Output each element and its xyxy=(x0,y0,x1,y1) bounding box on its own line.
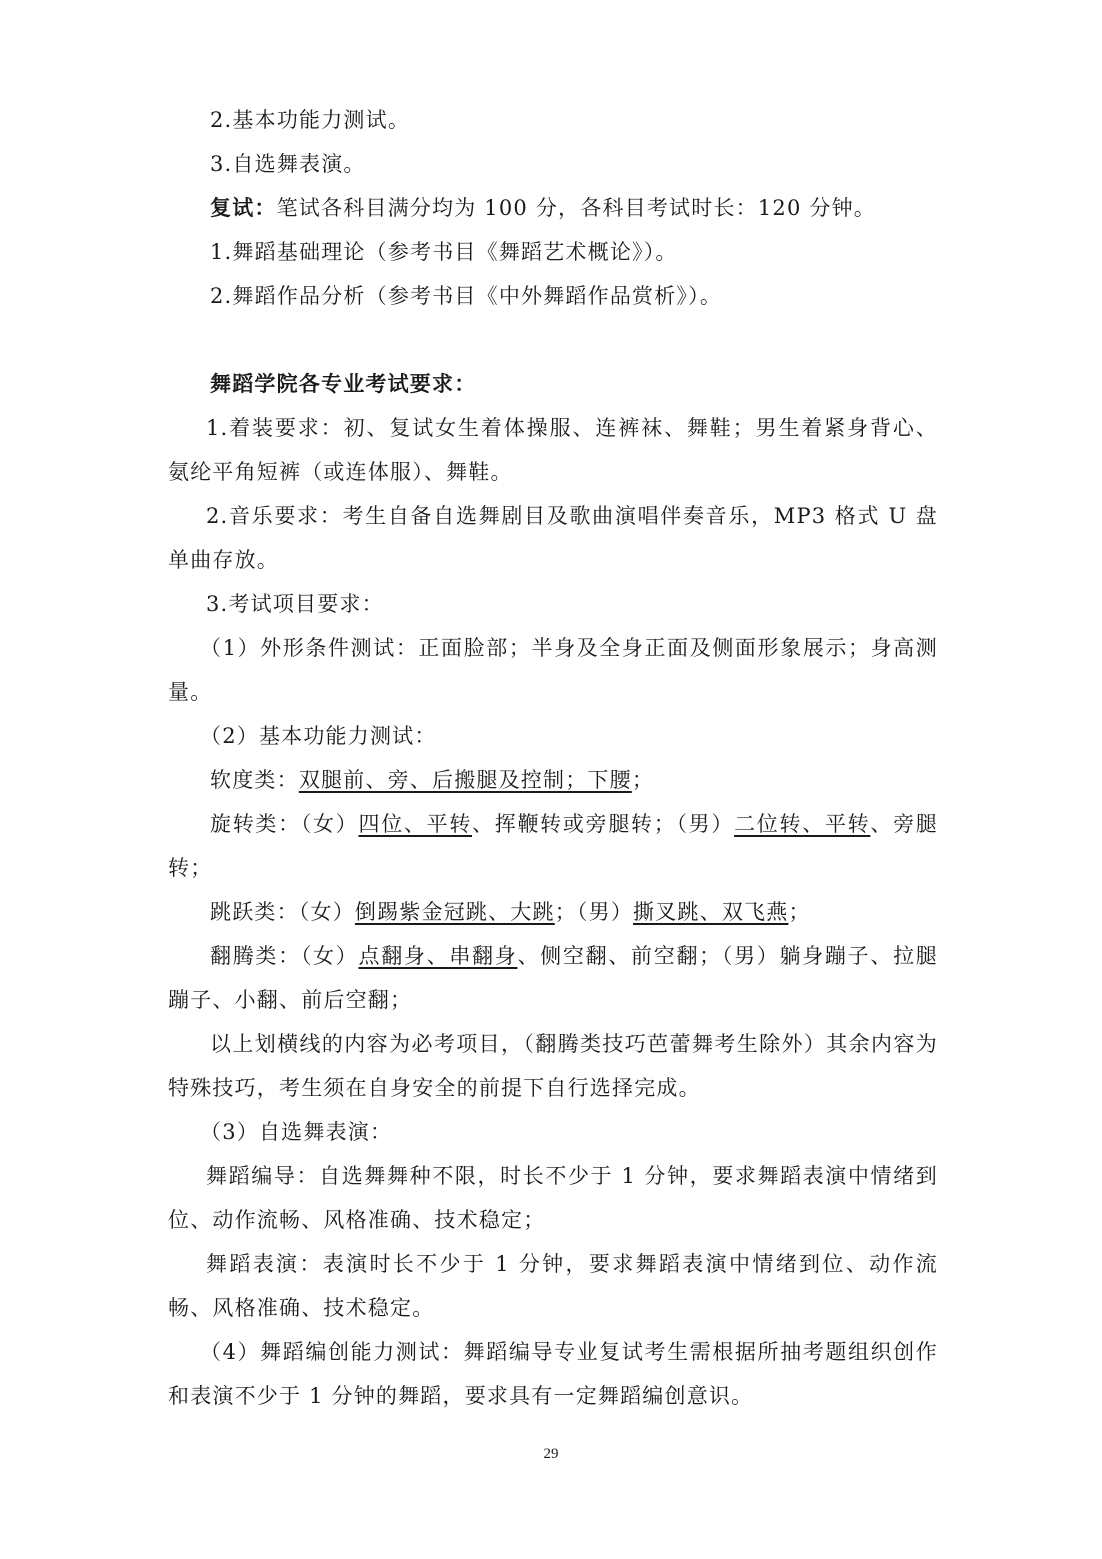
required-item: 四位、平转 xyxy=(358,812,472,836)
required-item: 二位转、平转 xyxy=(734,812,870,836)
text: 翻腾类：（女） xyxy=(210,944,358,968)
document-body: 2.基本功能力测试。 3.自选舞表演。 复试：笔试各科目满分均为 100 分，各… xyxy=(168,98,938,1418)
text: 舞蹈表演：表演时长不少于 1 分钟，要求舞蹈表演中情绪到位、动作流畅、风格准确、… xyxy=(168,1252,938,1320)
section-heading: 舞蹈学院各专业考试要求： xyxy=(210,371,476,396)
text: 2.基本功能力测试。 xyxy=(210,108,410,132)
text: ； xyxy=(632,768,654,792)
page-number: 29 xyxy=(0,1446,1102,1463)
required-item: 撕叉跳、双飞燕 xyxy=(633,900,788,924)
text: 1.着装要求：初、复试女生着体操服、连裤袜、舞鞋；男生着紧身背心、氨纶平角短裤（… xyxy=(168,416,938,484)
text: 舞蹈编导：自选舞舞种不限，时长不少于 1 分钟，要求舞蹈表演中情绪到位、动作流畅… xyxy=(168,1164,938,1232)
text: 跳跃类：（女） xyxy=(210,900,355,924)
text: （2）基本功能力测试： xyxy=(200,724,437,748)
text: 笔试各科目满分均为 100 分，各科目考试时长：120 分钟。 xyxy=(277,196,876,220)
text: 1.舞蹈基础理论（参考书目《舞蹈艺术概论》）。 xyxy=(210,240,678,264)
text: 3.考试项目要求： xyxy=(206,592,384,616)
text: （4）舞蹈编创能力测试：舞蹈编导专业复试考生需根据所抽考题组织创作和表演不少于 … xyxy=(168,1340,938,1408)
text: 旋转类：（女） xyxy=(210,812,358,836)
text: 软度类： xyxy=(210,768,299,792)
text: 2.舞蹈作品分析（参考书目《中外舞蹈作品赏析》）。 xyxy=(210,284,722,308)
text: 、挥鞭转或旁腿转；（男） xyxy=(472,812,734,836)
text: ；（男） xyxy=(555,900,633,924)
text: （1）外形条件测试：正面脸部；半身及全身正面及侧面形象展示；身高测量。 xyxy=(168,636,938,704)
text: 以上划横线的内容为必考项目，（翻腾类技巧芭蕾舞考生除外）其余内容为特殊技巧，考生… xyxy=(168,1032,938,1100)
required-item: 倒踢紫金冠跳、大跳 xyxy=(355,900,555,924)
text: 3.自选舞表演。 xyxy=(210,152,366,176)
document-page: 2.基本功能力测试。 3.自选舞表演。 复试：笔试各科目满分均为 100 分，各… xyxy=(0,0,1102,1559)
text: （3）自选舞表演： xyxy=(200,1120,392,1144)
required-item: 双腿前、旁、后搬腿及控制；下腰 xyxy=(299,768,632,792)
text: ； xyxy=(788,900,810,924)
required-item: 点翻身、串翻身 xyxy=(358,944,517,968)
retest-label: 复试： xyxy=(210,195,277,220)
text: 2.音乐要求：考生自备自选舞剧目及歌曲演唱伴奏音乐，MP3 格式 U 盘单曲存放… xyxy=(168,504,938,572)
